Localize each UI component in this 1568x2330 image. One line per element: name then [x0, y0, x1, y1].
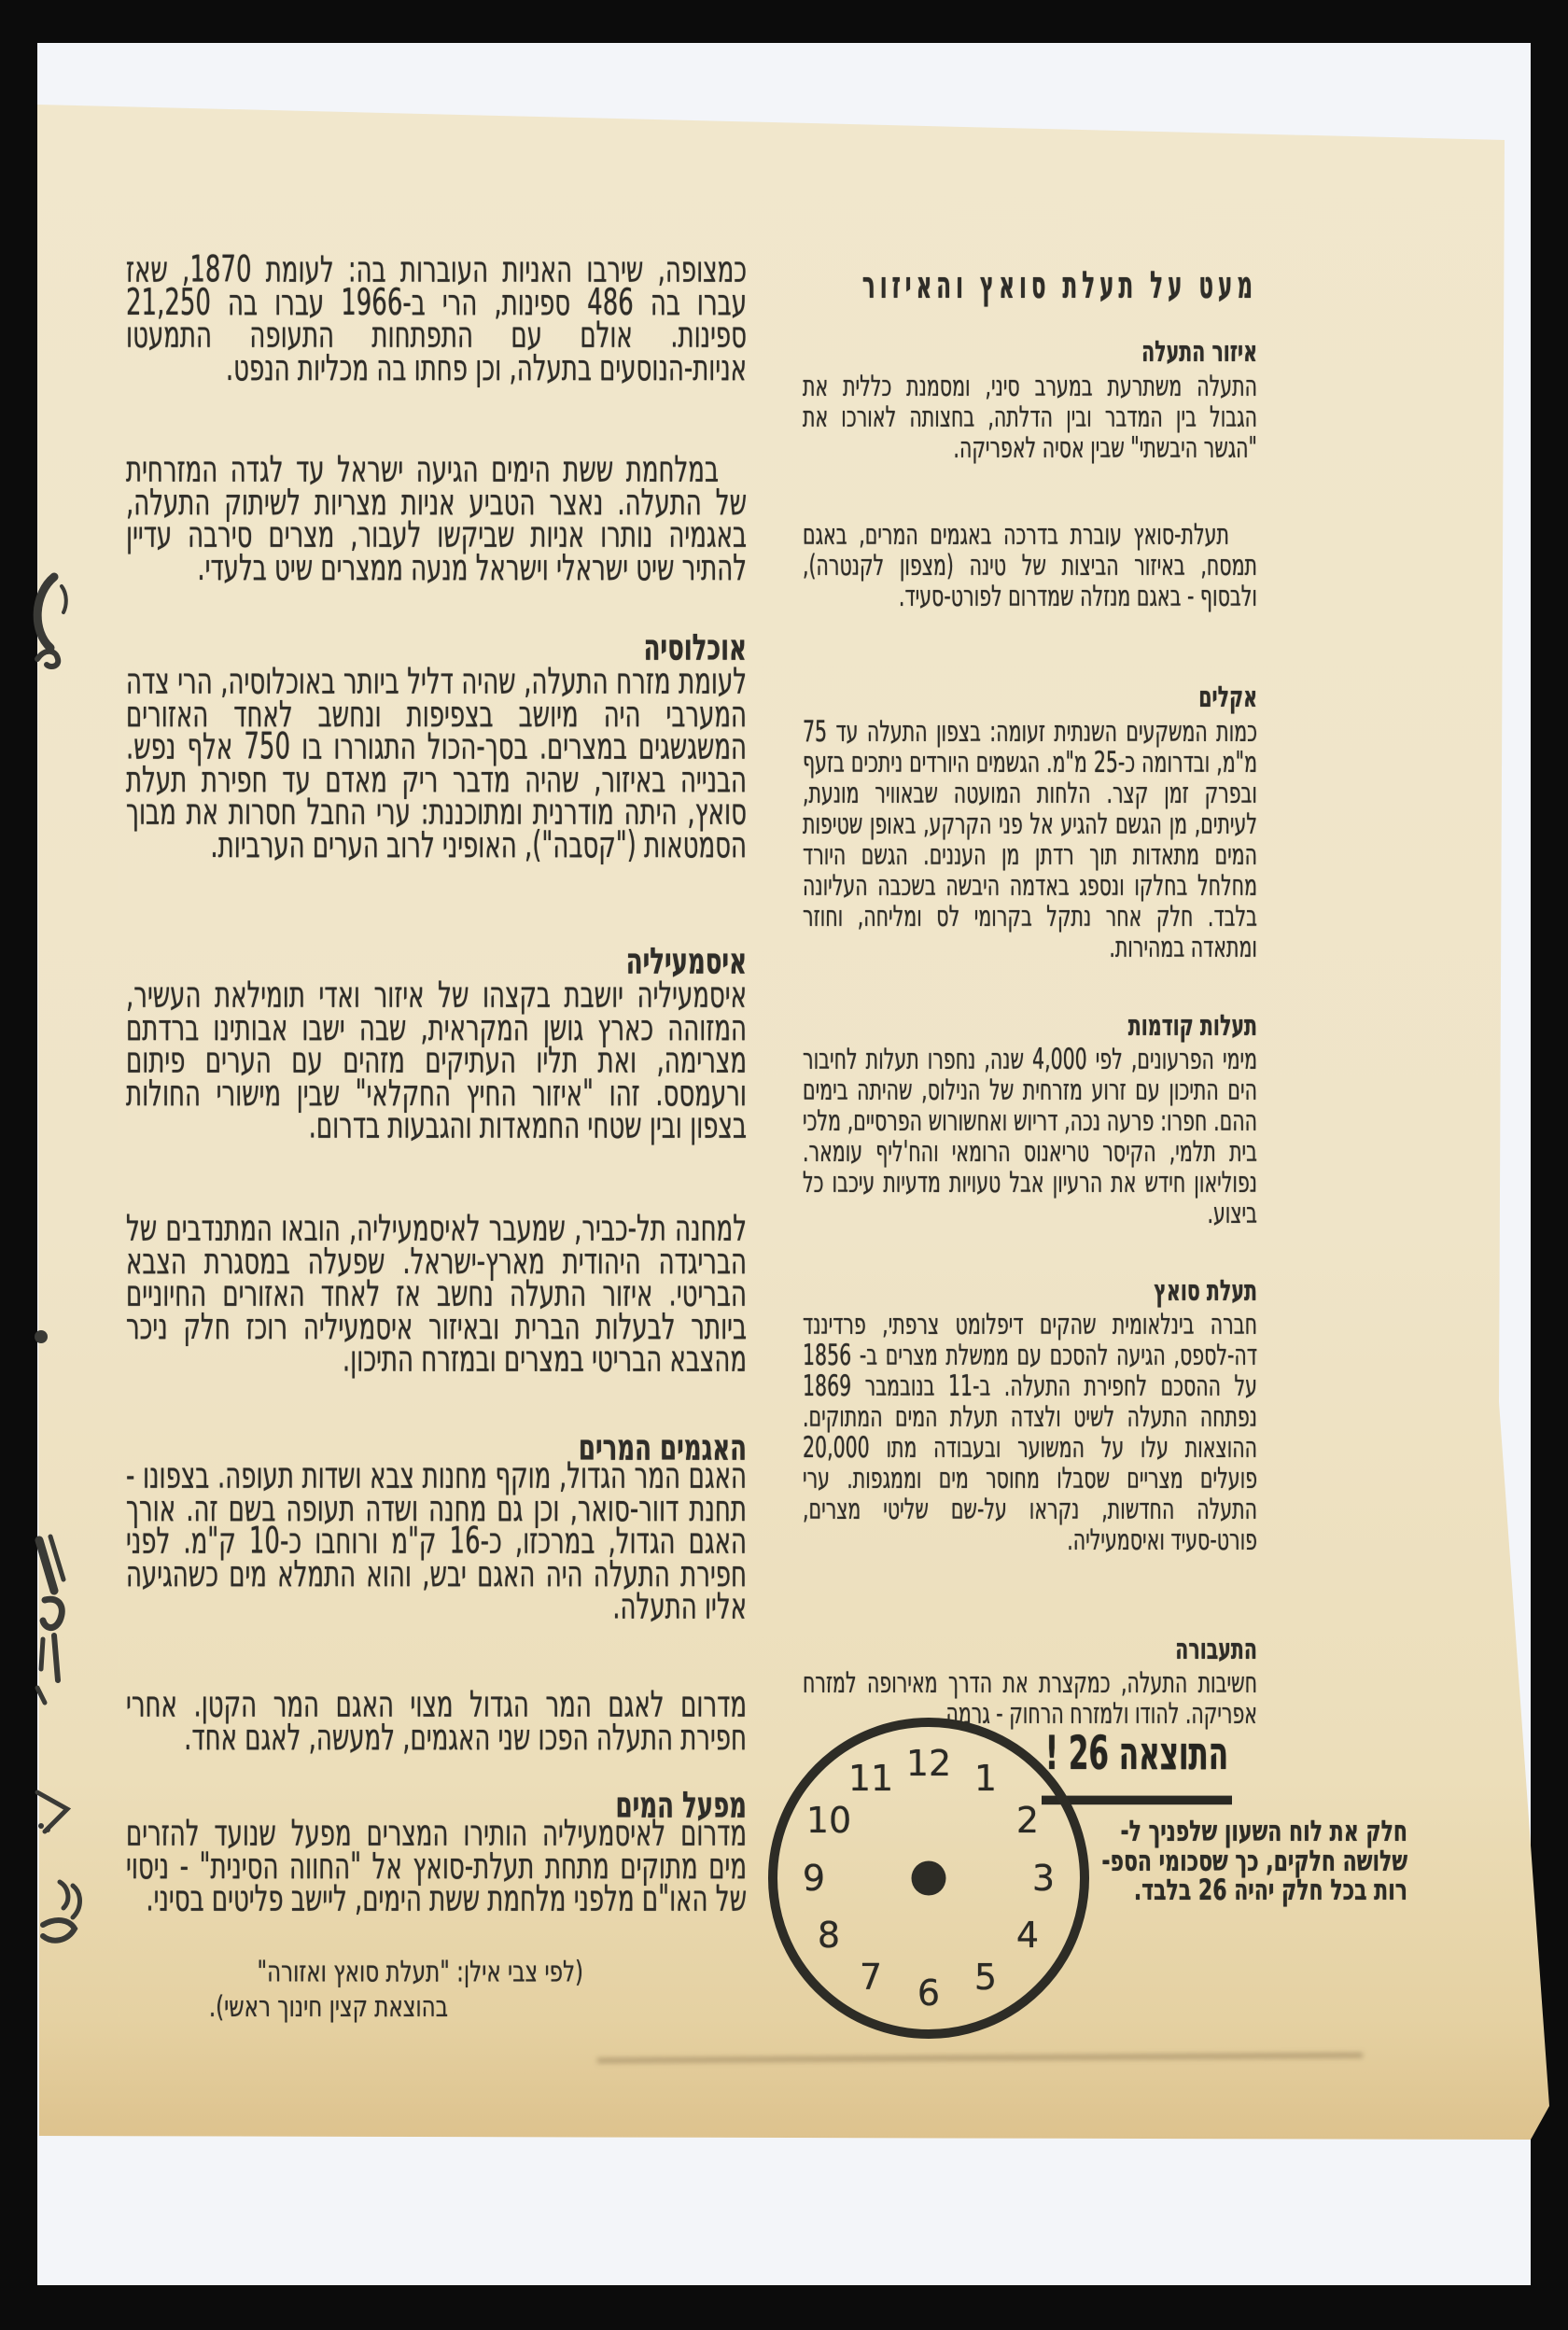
- clock-number-6: 6: [917, 1972, 940, 2014]
- paragraph: התעלה משתרעת במערב סיני, ומסמנת כללית את…: [803, 371, 1257, 463]
- doodle-hook: [37, 652, 58, 667]
- paragraph: במלחמת ששת הימים הגיעה ישראל עד לגדה המז…: [126, 455, 747, 585]
- paragraph: תעלת-סואץ עוברת בדרכה באגמים המרים, באגם…: [803, 519, 1257, 611]
- puzzle-instruction-line: שלושה חלקים, כך שסכומי הספ-: [1085, 1848, 1407, 1878]
- paragraph: מדרום לאיסמעיליה הותירו המצרים מפעל שנוע…: [126, 1818, 747, 1916]
- scanned-document-page: { "page": { "background_color": "#0c0c0c…: [0, 0, 1568, 2330]
- source-credit-line: בהוצאת קצין חינוך ראשי).: [145, 1990, 583, 2026]
- section-heading-transportation: התעבורה: [803, 1634, 1257, 1664]
- paragraph: למחנה תל-כביר, שמעבר לאיסמעיליה, הובאו ה…: [126, 1214, 747, 1377]
- doodle-squiggle: [60, 1882, 68, 1908]
- doodle-curve: [37, 577, 54, 648]
- source-credit: (לפי צבי אילן: "תעלת סואץ ואזורה" בהוצאת…: [145, 1955, 583, 2026]
- paragraph: האגם המר הגדול, מוקף מחנות צבא ושדות תעו…: [126, 1461, 747, 1624]
- section-heading-suez-canal: תעלת סואץ: [803, 1275, 1257, 1306]
- section-heading-climate: אקלים: [803, 681, 1257, 712]
- doodle-figure-leg: [41, 1639, 43, 1669]
- puzzle-instruction-line: חלק את לוח השעון שלפניך ל-: [1085, 1818, 1407, 1848]
- paragraph: כמצופה, שירבו האניות העוברות בה: לעומת 1…: [126, 255, 747, 386]
- clock-number-3: 3: [1032, 1858, 1055, 1899]
- margin-doodles: [0, 0, 121, 2330]
- doodle-squiggle: [73, 1886, 80, 1917]
- clock-number-5: 5: [974, 1957, 997, 1998]
- clock-number-4: 4: [1016, 1915, 1039, 1956]
- doodle-figure-foot: [37, 1688, 45, 1703]
- section-heading-earlier-canals: תעלות קודמות: [803, 1010, 1257, 1041]
- clock-number-10: 10: [806, 1800, 851, 1841]
- doodle-squiggle: [43, 1920, 75, 1941]
- doodle-tick: [62, 586, 66, 612]
- source-credit-line: (לפי צבי אילן: "תעלת סואץ ואזורה": [145, 1955, 583, 1990]
- clock-number-11: 11: [848, 1758, 893, 1799]
- puzzle-instructions: חלק את לוח השעון שלפניך ל- שלושה חלקים, …: [1085, 1818, 1407, 1907]
- clock-number-8: 8: [818, 1915, 840, 1956]
- paragraph: כמות המשקעים השנתית זעומה: בצפון התעלה ע…: [803, 716, 1257, 962]
- paragraph: מדרום לאגם המר הגדול מצוי האגם המר הקטן.…: [126, 1690, 747, 1755]
- paragraph: לעומת מזרח התעלה, שהיה דליל ביותר באוכלו…: [126, 667, 747, 863]
- doodle-figure-leg: [54, 1635, 58, 1680]
- doodle-dot: [45, 1827, 50, 1832]
- clock-number-7: 7: [860, 1957, 882, 1998]
- clock-number-1: 1: [974, 1758, 997, 1799]
- clock-number-12: 12: [906, 1743, 951, 1784]
- doodle-dot: [38, 1823, 44, 1829]
- paragraph: מימי הפרעונים, לפי 4,000 שנה, נחפרו תעלו…: [803, 1044, 1257, 1228]
- clock-number-2: 2: [1016, 1800, 1039, 1841]
- article-title: מעט על תעלת סואץ והאיזור: [803, 265, 1257, 308]
- paragraph: איסמעיליה יושבת בקצהו של איזור ואדי תומי…: [126, 980, 747, 1144]
- clock-face-illustration: 12 1 2 3 4 5 6 7 8 9 10 11: [768, 1718, 1089, 2039]
- paragraph: חברה בינלאומית שהקים דיפלומט צרפתי, פרדי…: [803, 1309, 1257, 1555]
- puzzle-instruction-line: רות בכל חלק יהיה 26 בלבד.: [1085, 1877, 1407, 1907]
- section-heading-canal-region: איזור התעלה: [803, 336, 1257, 367]
- clock-number-9: 9: [803, 1858, 825, 1899]
- clock-center-dot: [912, 1861, 946, 1896]
- doodle-blob: [35, 1330, 48, 1343]
- doodle-figure-loop: [43, 1599, 62, 1627]
